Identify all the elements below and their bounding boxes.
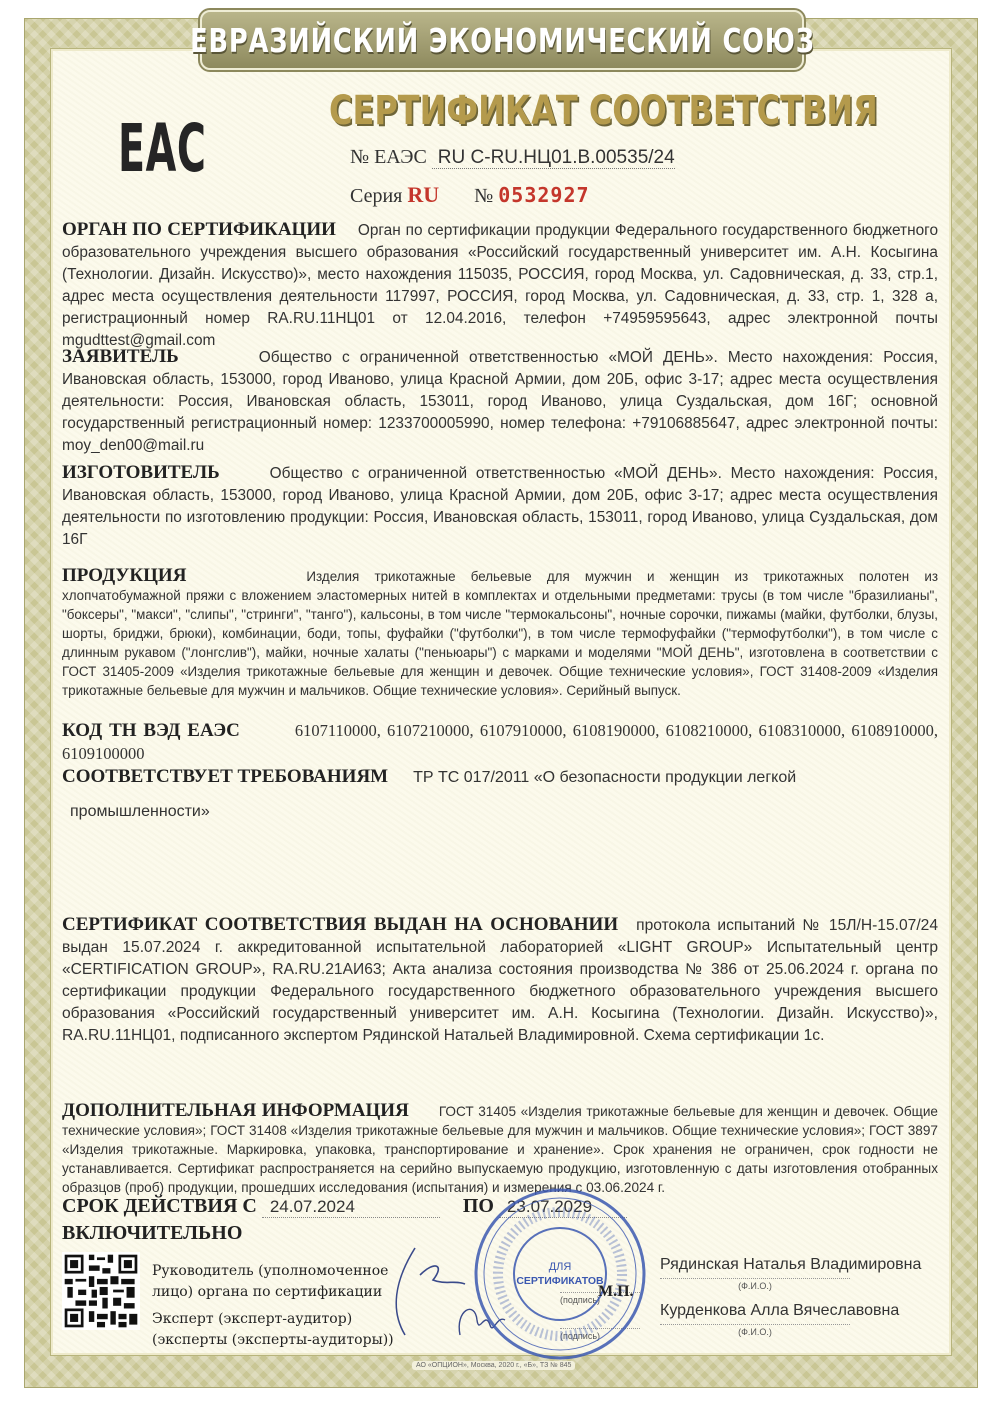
expert-label-line2: (эксперты (эксперты-аудиторы)) (152, 1332, 394, 1348)
fio-caption: (Ф.И.О.) (738, 1327, 772, 1337)
cert-number-value: RU С-RU.НЦ01.В.00535/24 (432, 147, 675, 169)
blank-series: Серия RU № 0532927 (350, 182, 590, 208)
section-text-line1: ТР ТС 017/2011 «О безопасности продукции… (413, 769, 796, 786)
section-heading: СЕРТИФИКАТ СООТВЕТСТВИЯ ВЫДАН НА ОСНОВАН… (62, 914, 618, 935)
series-value: RU (407, 182, 439, 207)
series-label: Серия (350, 185, 402, 207)
head-fio-line: (Ф.И.О.) (660, 1278, 850, 1291)
document-title: СЕРТИФИКАТ СООТВЕТСТВИЯ (329, 88, 681, 134)
fio-caption: (Ф.И.О.) (738, 1281, 772, 1291)
qr-code-icon[interactable] (62, 1252, 140, 1330)
printer-imprint: АО «ОПЦИОН», Москва, 2020 г., «Б», ТЗ № … (412, 1361, 575, 1370)
head-label-line2: лицо) органа по сертификации (152, 1284, 382, 1300)
head-name: Рядинская Наталья Владимировна (660, 1256, 940, 1274)
blank-number-label: № (474, 185, 493, 207)
validity-from-date: 24.07.2024 (262, 1197, 440, 1218)
section-text-line2: промышленности» (62, 803, 210, 820)
cert-number-label: № ЕАЭС (350, 146, 427, 168)
head-signatory-label: Руководитель (уполномоченное лицо) орган… (152, 1261, 388, 1303)
union-banner: ЕВРАЗИЙСКИЙ ЭКОНОМИЧЕСКИЙ СОЮЗ (200, 10, 804, 70)
blank-number-value: 0532927 (498, 183, 589, 207)
section-basis: СЕРТИФИКАТ СООТВЕТСТВИЯ ВЫДАН НА ОСНОВАН… (62, 914, 938, 1047)
section-manufacturer: ИЗГОТОВИТЕЛЬОбщество с ограниченной отве… (62, 462, 938, 551)
section-applicant: ЗАЯВИТЕЛЬОбщество с ограниченной ответст… (62, 346, 938, 457)
section-heading: ИЗГОТОВИТЕЛЬ (62, 462, 220, 483)
expert-fio-line: (Ф.И.О.) (660, 1324, 850, 1337)
section-heading: КОД ТН ВЭД ЕАЭС (62, 720, 240, 741)
seal-label: М.П. (598, 1283, 634, 1301)
validity-inclusive: ВКЛЮЧИТЕЛЬНО (62, 1222, 242, 1245)
section-product: ПРОДУКЦИЯИзделия трикотажные бельевые дл… (62, 566, 938, 700)
section-heading: ДОПОЛНИТЕЛЬНАЯ ИНФОРМАЦИЯ (62, 1100, 409, 1121)
section-heading: ОРГАН ПО СЕРТИФИКАЦИИ (62, 219, 336, 240)
section-text: Орган по сертификации продукции Федераль… (62, 222, 938, 349)
expert-signatory-label: Эксперт (эксперт-аудитор) (эксперты (экс… (152, 1309, 394, 1351)
certificate-number: № ЕАЭС RU С-RU.НЦ01.В.00535/24 (350, 146, 675, 169)
section-heading: СООТВЕТСТВУЕТ ТРЕБОВАНИЯМ (62, 766, 388, 787)
svg-text:ДЛЯ: ДЛЯ (549, 1261, 572, 1273)
expert-name: Курденкова Алла Вячеславовна (660, 1302, 940, 1320)
section-conforms: СООТВЕТСТВУЕТ ТРЕБОВАНИЯМТР ТС 017/2011 … (62, 760, 938, 829)
section-text: Общество с ограниченной ответственностью… (62, 349, 938, 454)
head-label-line1: Руководитель (уполномоченное (152, 1263, 388, 1279)
official-stamp-icon: ДЛЯ СЕРТИФИКАТОВ (472, 1186, 648, 1362)
svg-text:СЕРТИФИКАТОВ: СЕРТИФИКАТОВ (516, 1275, 604, 1287)
eac-mark-icon: ЕАС (118, 110, 166, 200)
section-text: протокола испытаний № 15Л/Н-15.07/24 выд… (62, 917, 938, 1044)
section-cert-body: ОРГАН ПО СЕРТИФИКАЦИИОрган по сертификац… (62, 219, 938, 352)
validity-from-label: СРОК ДЕЙСТВИЯ С (62, 1195, 257, 1217)
section-additional: ДОПОЛНИТЕЛЬНАЯ ИНФОРМАЦИЯГОСТ 31405 «Изд… (62, 1101, 938, 1197)
expert-label-line1: Эксперт (эксперт-аудитор) (152, 1311, 352, 1327)
section-heading: ПРОДУКЦИЯ (62, 565, 186, 586)
section-text: Изделия трикотажные бельевые для мужчин … (62, 569, 938, 698)
union-title: ЕВРАЗИЙСКИЙ ЭКОНОМИЧЕСКИЙ СОЮЗ (190, 21, 815, 60)
section-heading: ЗАЯВИТЕЛЬ (62, 346, 179, 367)
